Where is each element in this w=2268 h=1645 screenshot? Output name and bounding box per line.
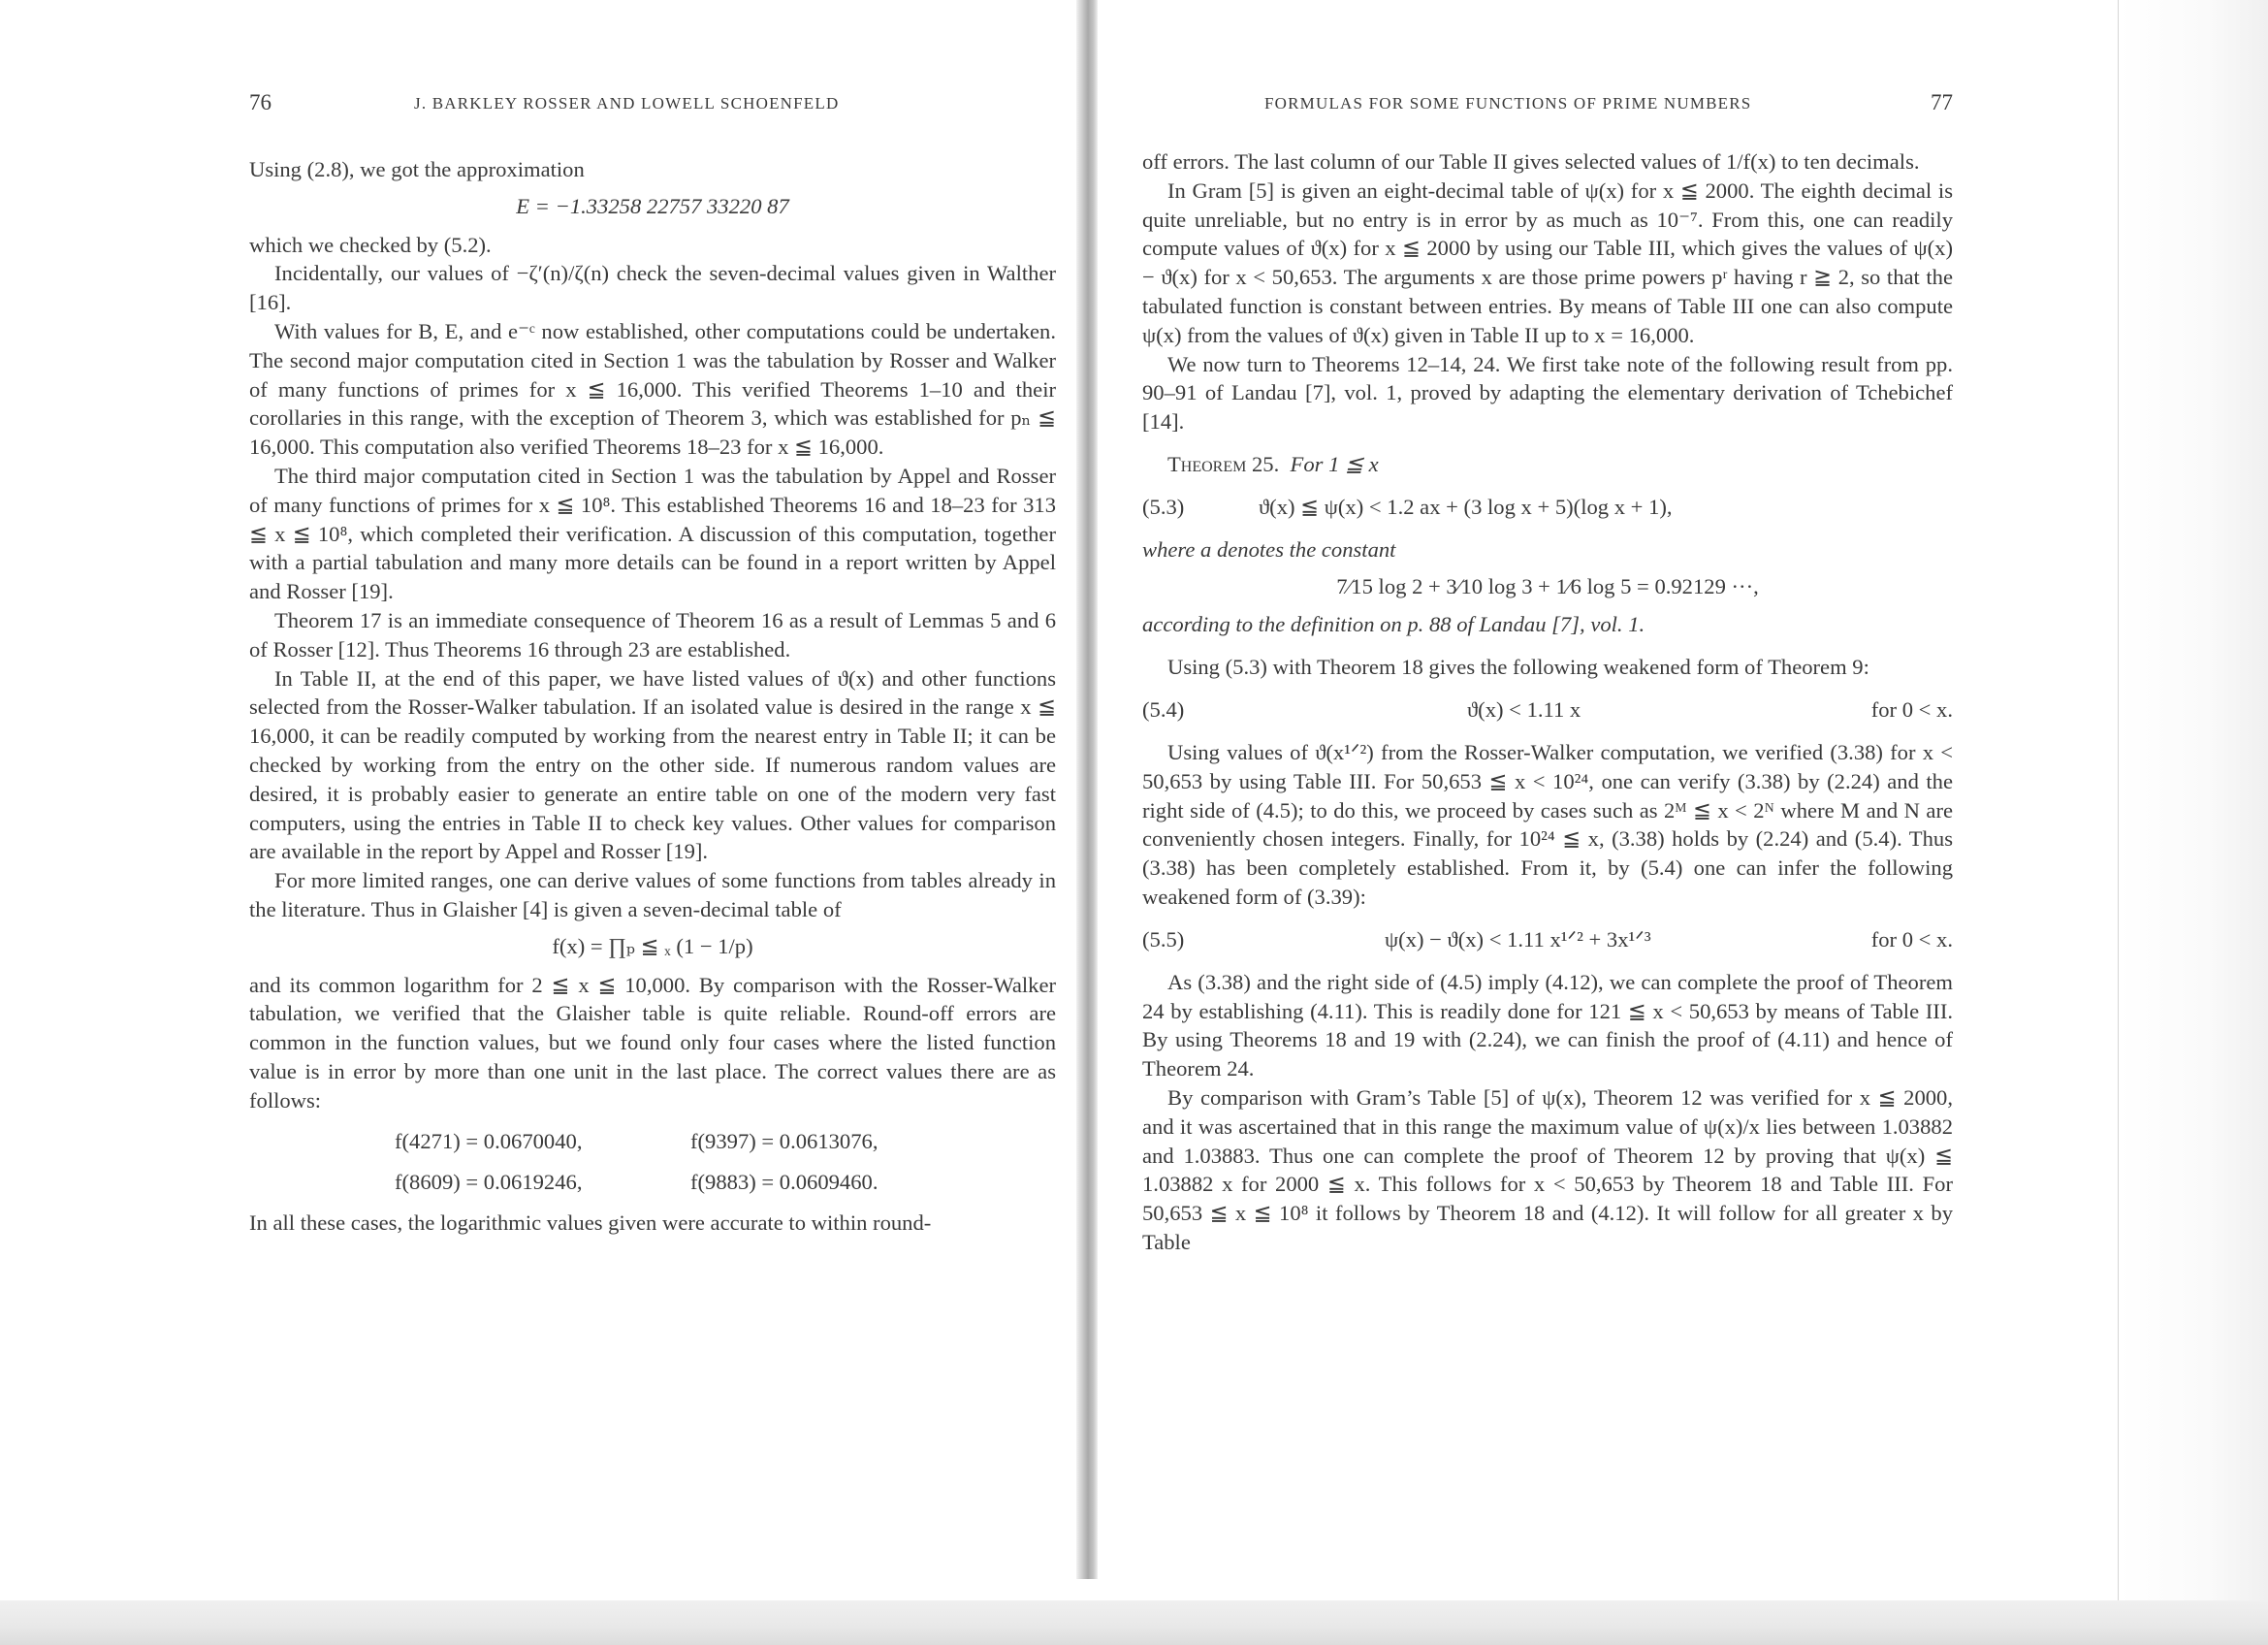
running-head: 76 J. BARKLEY ROSSER AND LOWELL SCHOENFE… xyxy=(249,94,1056,123)
equation-5-3: (5.3) ϑ(x) ≦ ψ(x) < 1.2 ax + (3 log x + … xyxy=(1142,493,1953,522)
page-number: 77 xyxy=(1931,90,1953,115)
paragraph: In Gram [5] is given an eight-decimal ta… xyxy=(1142,177,1953,350)
paragraph: off errors. The last column of our Table… xyxy=(1142,147,1953,177)
equation-number: (5.3) xyxy=(1142,493,1184,522)
equation-f-product: f(x) = ∏ₚ ≦ ₓ (1 − 1/p) xyxy=(249,932,1056,961)
page-body: Using (2.8), we got the approximation E … xyxy=(249,155,1056,1237)
running-head: FORMULAS FOR SOME FUNCTIONS OF PRIME NUM… xyxy=(1142,94,1953,123)
theorem-statement: Theorem 25. For 1 ≦ x xyxy=(1142,450,1953,479)
paragraph: and its common logarithm for 2 ≦ x ≦ 10,… xyxy=(249,971,1056,1115)
correction-value: f(9883) = 0.0609460. xyxy=(690,1168,878,1197)
equation-5-4: (5.4) ϑ(x) < 1.11 x for 0 < x. xyxy=(1142,695,1953,725)
correction-value: f(9397) = 0.0613076, xyxy=(690,1127,878,1156)
corrections-row: f(4271) = 0.0670040, f(9397) = 0.0613076… xyxy=(249,1127,1056,1156)
paragraph: Incidentally, our values of −ζ′(n)/ζ(n) … xyxy=(249,259,1056,317)
paragraph: Using values of ϑ(x¹ᐟ²) from the Rosser-… xyxy=(1142,738,1953,912)
equation-body: ϑ(x) ≦ ψ(x) < 1.2 ax + (3 log x + 5)(log… xyxy=(1259,493,1673,522)
scanner-bottom-band xyxy=(0,1600,2268,1645)
equation-body: ψ(x) − ϑ(x) < 1.11 x¹ᐟ² + 3x¹ᐟ³ xyxy=(1385,925,1651,954)
running-head-title: FORMULAS FOR SOME FUNCTIONS OF PRIME NUM… xyxy=(1264,94,1751,113)
paragraph: We now turn to Theorems 12–14, 24. We fi… xyxy=(1142,350,1953,436)
paragraph: Using (5.3) with Theorem 18 gives the fo… xyxy=(1142,653,1953,682)
equation-number: (5.4) xyxy=(1142,695,1184,725)
paragraph: In all these cases, the logarithmic valu… xyxy=(249,1209,1056,1238)
correction-value: f(8609) = 0.0619246, xyxy=(395,1168,582,1197)
equation-body: ϑ(x) < 1.11 x xyxy=(1467,695,1581,725)
paragraph: The third major computation cited in Sec… xyxy=(249,462,1056,606)
paragraph: With values for B, E, and e⁻ᶜ now establ… xyxy=(249,317,1056,462)
paragraph: As (3.38) and the right side of (4.5) im… xyxy=(1142,968,1953,1083)
book-gutter xyxy=(1076,0,1098,1579)
page-edge xyxy=(2118,0,2119,1610)
page-edge-shadow xyxy=(2119,0,2268,1610)
paragraph: By comparison with Gram’s Table [5] of ψ… xyxy=(1142,1083,1953,1257)
paragraph: where a denotes the constant xyxy=(1142,535,1953,564)
paragraph: according to the definition on p. 88 of … xyxy=(1142,610,1953,639)
equation-constant-a: 7⁄15 log 2 + 3⁄10 log 3 + 1⁄6 log 5 = 0.… xyxy=(1142,572,1953,601)
equation-E: E = −1.33258 22757 33220 87 xyxy=(249,192,1056,221)
paragraph: Using (2.8), we got the approximation xyxy=(249,155,1056,184)
equation-condition: for 0 < x. xyxy=(1871,695,1953,725)
correction-value: f(4271) = 0.0670040, xyxy=(395,1127,582,1156)
corrections-row: f(8609) = 0.0619246, f(9883) = 0.0609460… xyxy=(249,1168,1056,1197)
paragraph: which we checked by (5.2). xyxy=(249,231,1056,260)
equation-5-5: (5.5) ψ(x) − ϑ(x) < 1.11 x¹ᐟ² + 3x¹ᐟ³ fo… xyxy=(1142,925,1953,954)
theorem-condition: For 1 ≦ x xyxy=(1291,452,1379,476)
theorem-label: Theorem 25. xyxy=(1167,452,1279,476)
paragraph: In Table II, at the end of this paper, w… xyxy=(249,664,1056,867)
paragraph: For more limited ranges, one can derive … xyxy=(249,866,1056,924)
page-body: off errors. The last column of our Table… xyxy=(1142,147,1953,1257)
equation-number: (5.5) xyxy=(1142,925,1184,954)
running-head-title: J. BARKLEY ROSSER AND LOWELL SCHOENFELD xyxy=(414,94,839,113)
paragraph: Theorem 17 is an immediate consequence o… xyxy=(249,606,1056,664)
equation-condition: for 0 < x. xyxy=(1871,925,1953,954)
page-number: 76 xyxy=(249,90,272,115)
